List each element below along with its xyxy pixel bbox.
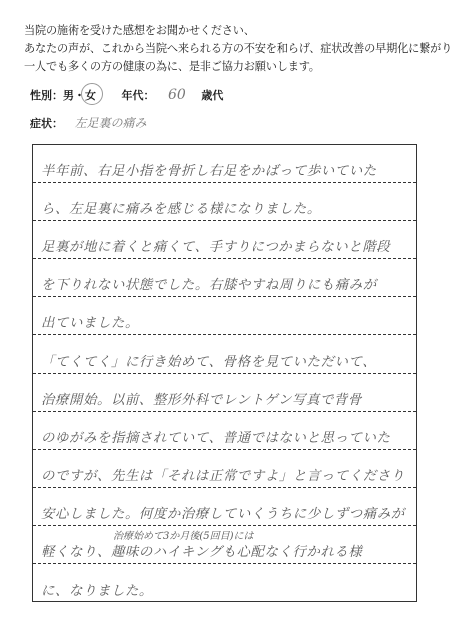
testimonial-row: 「てくてく」に行き始めて、骨格を見ていただいて、 [33,335,416,373]
testimonial-row: に、なりました。 [33,564,416,602]
testimonial-row: 治療始めて3か月後(5回目)には 軽くなり、趣味のハイキングも心配なく行かれる様 [33,526,416,564]
testimonial-line-4: を下りれない状態でした。右膝やすね周りにも痛みが [41,274,377,293]
testimonial-row: を下りれない状態でした。右膝やすね周りにも痛みが [33,259,416,297]
testimonial-line-3: 足裏が地に着くと痛くて、手すりにつかまらないと階段 [41,236,390,255]
testimonial-row: 安心しました。何度か治療していくうちに少しずつ痛みが [33,488,416,526]
testimonial-row: 足裏が地に着くと痛くて、手すりにつかまらないと階段 [33,221,416,259]
symptom-row: 症状： 左足裏の痛み [30,114,147,131]
intro-text: 当院の施術を受けた感想をお聞かせください、 あなたの声が、これから当院へ来られる… [24,22,444,76]
testimonial-line-5: 出ていました。 [41,312,139,331]
testimonial-line-2: ら、左足裏に痛みを感じる様になりました。 [41,198,321,217]
testimonial-line-11: 軽くなり、趣味のハイキングも心配なく行かれる様 [41,541,362,560]
testimonial-row: のですが、先生は「それは正常ですよ」と言ってくださり [33,450,416,488]
age-suffix: 歳代 [201,89,223,102]
gender-option-female[interactable]: 女 [85,87,96,103]
testimonial-row: のゆがみを指摘されていて、普通ではないと思っていた [33,412,416,450]
intro-line-3: 一人でも多くの方の健康の為に、是非ご協力お願いします。 [24,58,444,76]
symptom-value[interactable]: 左足裏の痛み [75,116,147,130]
testimonial-line-6: 「てくてく」に行き始めて、骨格を見ていただいて、 [41,351,376,370]
testimonial-row: 出ていました。 [33,297,416,335]
testimonial-line-8: のゆがみを指摘されていて、普通ではないと思っていた [41,427,391,446]
testimonial-line-7: 治療開始。以前、整形外科でレントゲン写真で背骨 [41,389,362,408]
insertion-note: 治療始めて3か月後(5回目)には [113,527,254,542]
intro-line-2: あなたの声が、これから当院へ来られる方の不安を和らげ、症状改善の早期化に繋がりま… [24,40,444,58]
testimonial-line-10: 安心しました。何度か治療していくうちに少しずつ痛みが [41,503,405,522]
testimonial-line-9: のですが、先生は「それは正常ですよ」と言ってくださり [41,465,405,484]
age-value[interactable]: 60 [168,87,186,103]
age-label: 年代： [122,89,155,102]
symptom-label: 症状： [30,117,63,130]
testimonial-row: 半年前、右足小指を骨折し右足をかばって歩いていた [33,145,416,183]
gender-label: 性別： [30,89,63,102]
intro-line-1: 当院の施術を受けた感想をお聞かせください、 [24,22,444,40]
testimonial-line-12: に、なりました。 [41,580,153,599]
gender-age-row: 性別：男・女 年代： 60 歳代 [30,87,223,103]
testimonial-line-1: 半年前、右足小指を骨折し右足をかばって歩いていた [41,160,377,179]
testimonial-box[interactable]: 半年前、右足小指を骨折し右足をかばって歩いていた ら、左足裏に痛みを感じる様にな… [32,144,417,602]
gender-option-male[interactable]: 男 [63,87,74,103]
testimonial-row: 治療開始。以前、整形外科でレントゲン写真で背骨 [33,374,416,412]
testimonial-row: ら、左足裏に痛みを感じる様になりました。 [33,183,416,221]
